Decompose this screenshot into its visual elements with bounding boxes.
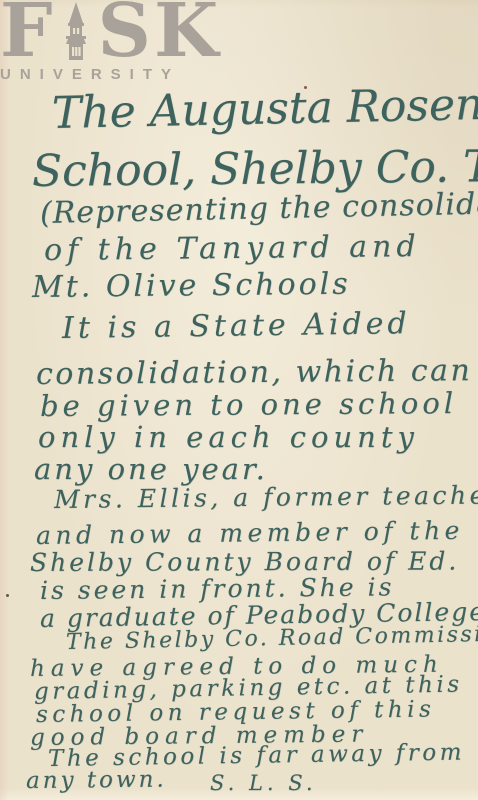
signature-initials: S. L. S. [210, 771, 317, 795]
paper-speck [6, 594, 9, 597]
manuscript-line: and now a member of the [36, 516, 464, 550]
logo-letters-sk: SK [98, 3, 222, 59]
fisk-university-logo: F SK UNIVERSIT [0, 2, 221, 83]
manuscript-line: any town. [26, 767, 167, 794]
manuscript-line: It is a State Aided [62, 306, 411, 346]
jubilee-hall-tower-icon [57, 2, 95, 60]
manuscript-line: Mt. Olive Schools [32, 267, 351, 305]
manuscript-line: Shelby County Board of Ed. [30, 547, 459, 577]
logo-letter-f: F [0, 3, 56, 59]
manuscript-line: of the Tanyard and [44, 229, 421, 268]
manuscript-line: only in each county [38, 420, 419, 454]
manuscript-line: Mrs. Ellis, a former teacher [54, 480, 478, 514]
scanned-manuscript-page: F SK UNIVERSIT [0, 0, 478, 800]
manuscript-line: be given to one school [40, 386, 457, 423]
paper-speck [304, 86, 307, 89]
fisk-wordmark: F SK [0, 2, 221, 59]
manuscript-line: The Augusta Rosenwald [51, 77, 478, 139]
manuscript-line: any one year. [34, 452, 268, 486]
